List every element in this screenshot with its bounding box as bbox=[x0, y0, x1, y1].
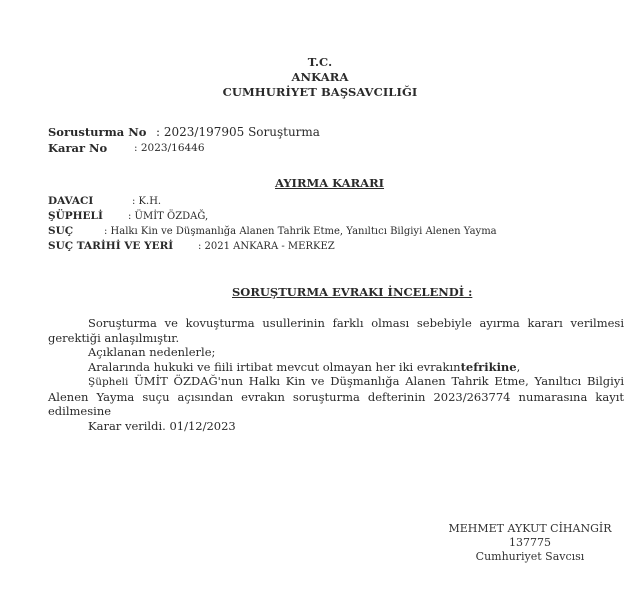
body-paragraph: Aralarında hukuki ve fiili irtibat mevcu… bbox=[48, 360, 624, 375]
header-line-city: ANKARA bbox=[0, 70, 640, 85]
party-label: DAVACI bbox=[48, 194, 93, 209]
decision-title: AYIRMA KARARI bbox=[275, 176, 384, 190]
party-label: ŞÜPHELİ bbox=[48, 209, 103, 224]
header-line-office: CUMHURİYET BAŞSAVCILIĞI bbox=[0, 85, 640, 100]
decision-body: Soruşturma ve kovuşturma usullerinin far… bbox=[48, 316, 624, 433]
meta-value: : 2023/197905 Soruşturma bbox=[156, 124, 320, 140]
party-value: : 2021 ANKARA - MERKEZ bbox=[198, 239, 335, 254]
signatory-name: MEHMET AYKUT CİHANGİR bbox=[425, 522, 635, 536]
meta-label: Sorusturma No bbox=[48, 124, 146, 140]
party-value: : ÜMİT ÖZDAĞ, bbox=[128, 209, 208, 224]
document-page: T.C. ANKARA CUMHURİYET BAŞSAVCILIĞI Soru… bbox=[0, 0, 640, 609]
body-text-span: Aralarında hukuki ve fiili irtibat mevcu… bbox=[88, 360, 461, 374]
signatory-title: Cumhuriyet Savcısı bbox=[425, 550, 635, 564]
party-label: SUÇ bbox=[48, 224, 73, 239]
signatory-number: 137775 bbox=[425, 536, 635, 550]
header-line-tc: T.C. bbox=[0, 55, 640, 70]
section-title: SORUŞTURMA EVRAKI İNCELENDİ : bbox=[232, 285, 472, 299]
body-text-span: , bbox=[517, 360, 521, 374]
document-header: T.C. ANKARA CUMHURİYET BAŞSAVCILIĞI bbox=[0, 55, 640, 100]
body-bold-term: tefrikine bbox=[461, 360, 517, 374]
body-paragraph: Karar verildi. 01/12/2023 bbox=[48, 419, 624, 434]
meta-value: : 2023/16446 bbox=[134, 140, 205, 156]
body-paragraph: Açıklanan nedenlerle; bbox=[48, 345, 624, 360]
meta-label: Karar No bbox=[48, 140, 107, 156]
party-label: SUÇ TARİHİ VE YERİ bbox=[48, 239, 173, 254]
party-value: : Halkı Kin ve Düşmanlığa Alanen Tahrik … bbox=[104, 224, 497, 239]
body-text-span: ÜMİT ÖZDAĞ'nun Halkı Kin ve Düşmanlığa A… bbox=[48, 374, 624, 418]
body-text-span: Şüpheli bbox=[88, 376, 128, 388]
signature-block: MEHMET AYKUT CİHANGİR 137775 Cumhuriyet … bbox=[425, 522, 635, 564]
party-value: : K.H. bbox=[132, 194, 161, 209]
body-paragraph: Şüpheli ÜMİT ÖZDAĞ'nun Halkı Kin ve Düşm… bbox=[48, 374, 624, 419]
body-paragraph: Soruşturma ve kovuşturma usullerinin far… bbox=[48, 316, 624, 345]
